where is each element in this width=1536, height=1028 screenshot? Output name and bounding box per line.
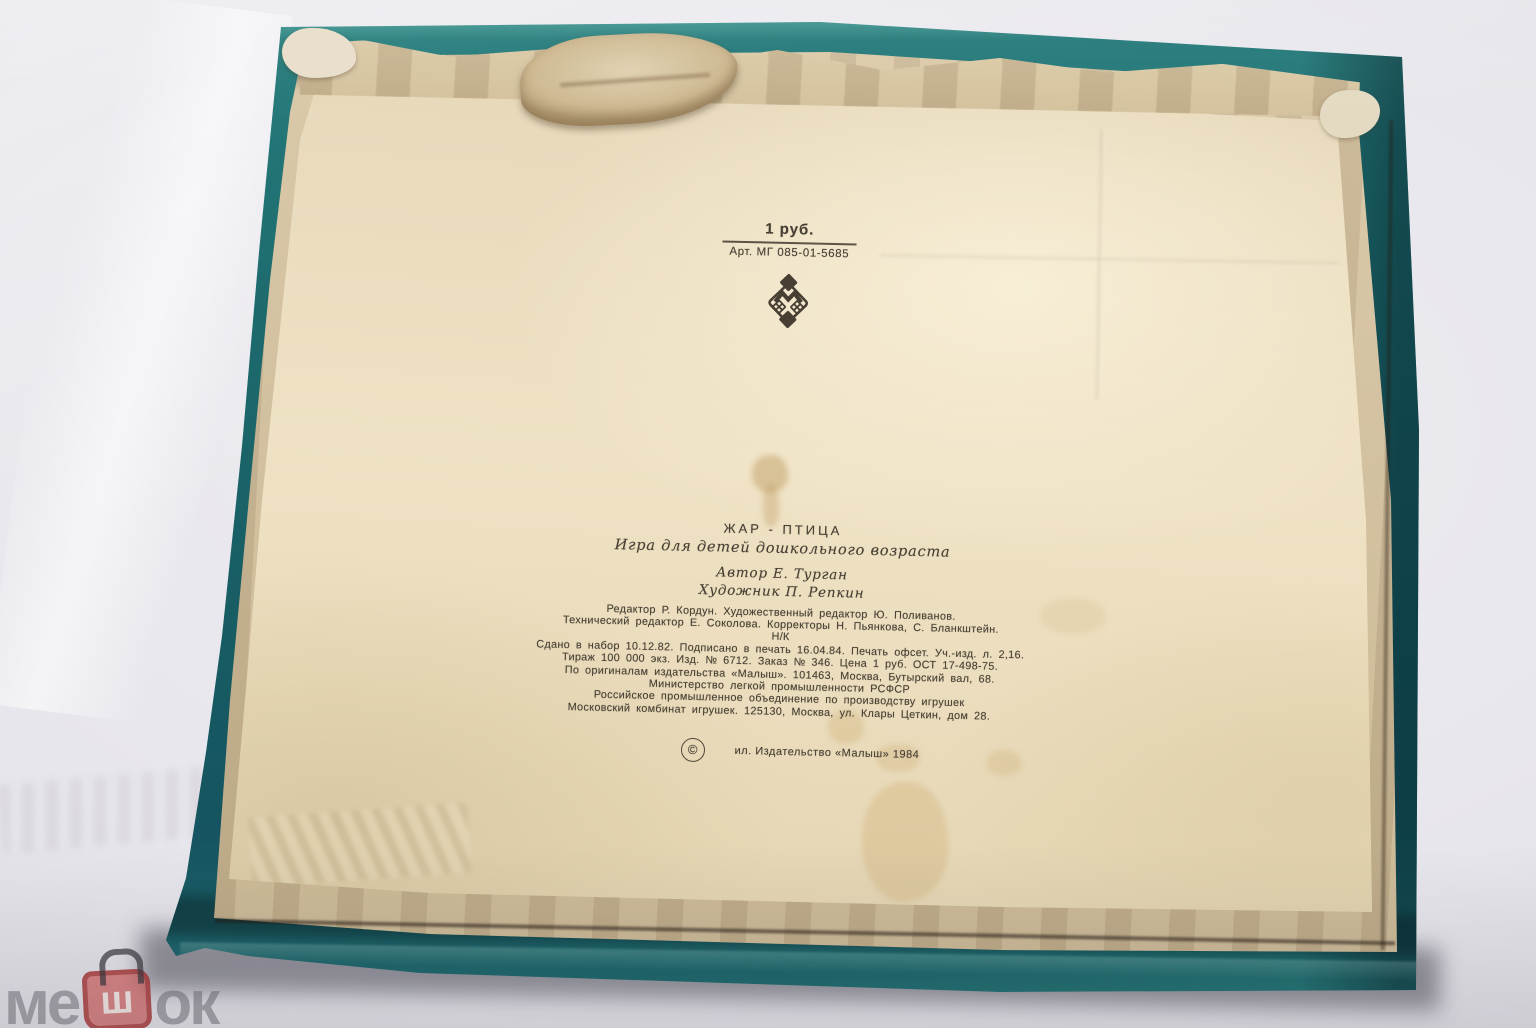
price-underline: [723, 240, 857, 245]
paper-wrinkle: [248, 802, 472, 887]
paper-stain: [862, 782, 948, 902]
watermark-bag-letter: ш: [100, 979, 135, 1021]
photo-backdrop: 1 руб. Арт. МГ 085-01-5685: [0, 0, 1536, 1028]
meshok-watermark: ме ш ок: [4, 938, 304, 1028]
copyright-icon: ©: [680, 738, 705, 763]
watermark-text-right: ок: [154, 980, 217, 1028]
box-top-highlight: [270, 18, 1410, 40]
watermark-text-left: ме: [4, 980, 78, 1028]
copyright-text: ил. Издательство «Малыш» 1984: [734, 745, 919, 761]
label-print-block: 1 руб. Арт. МГ 085-01-5685: [287, 211, 1279, 793]
malysh-publisher-logo-icon: [761, 271, 816, 330]
watermark-bag-icon: ш: [82, 968, 153, 1028]
copyright-row: © ил. Издательство «Малыш» 1984: [310, 729, 1290, 775]
